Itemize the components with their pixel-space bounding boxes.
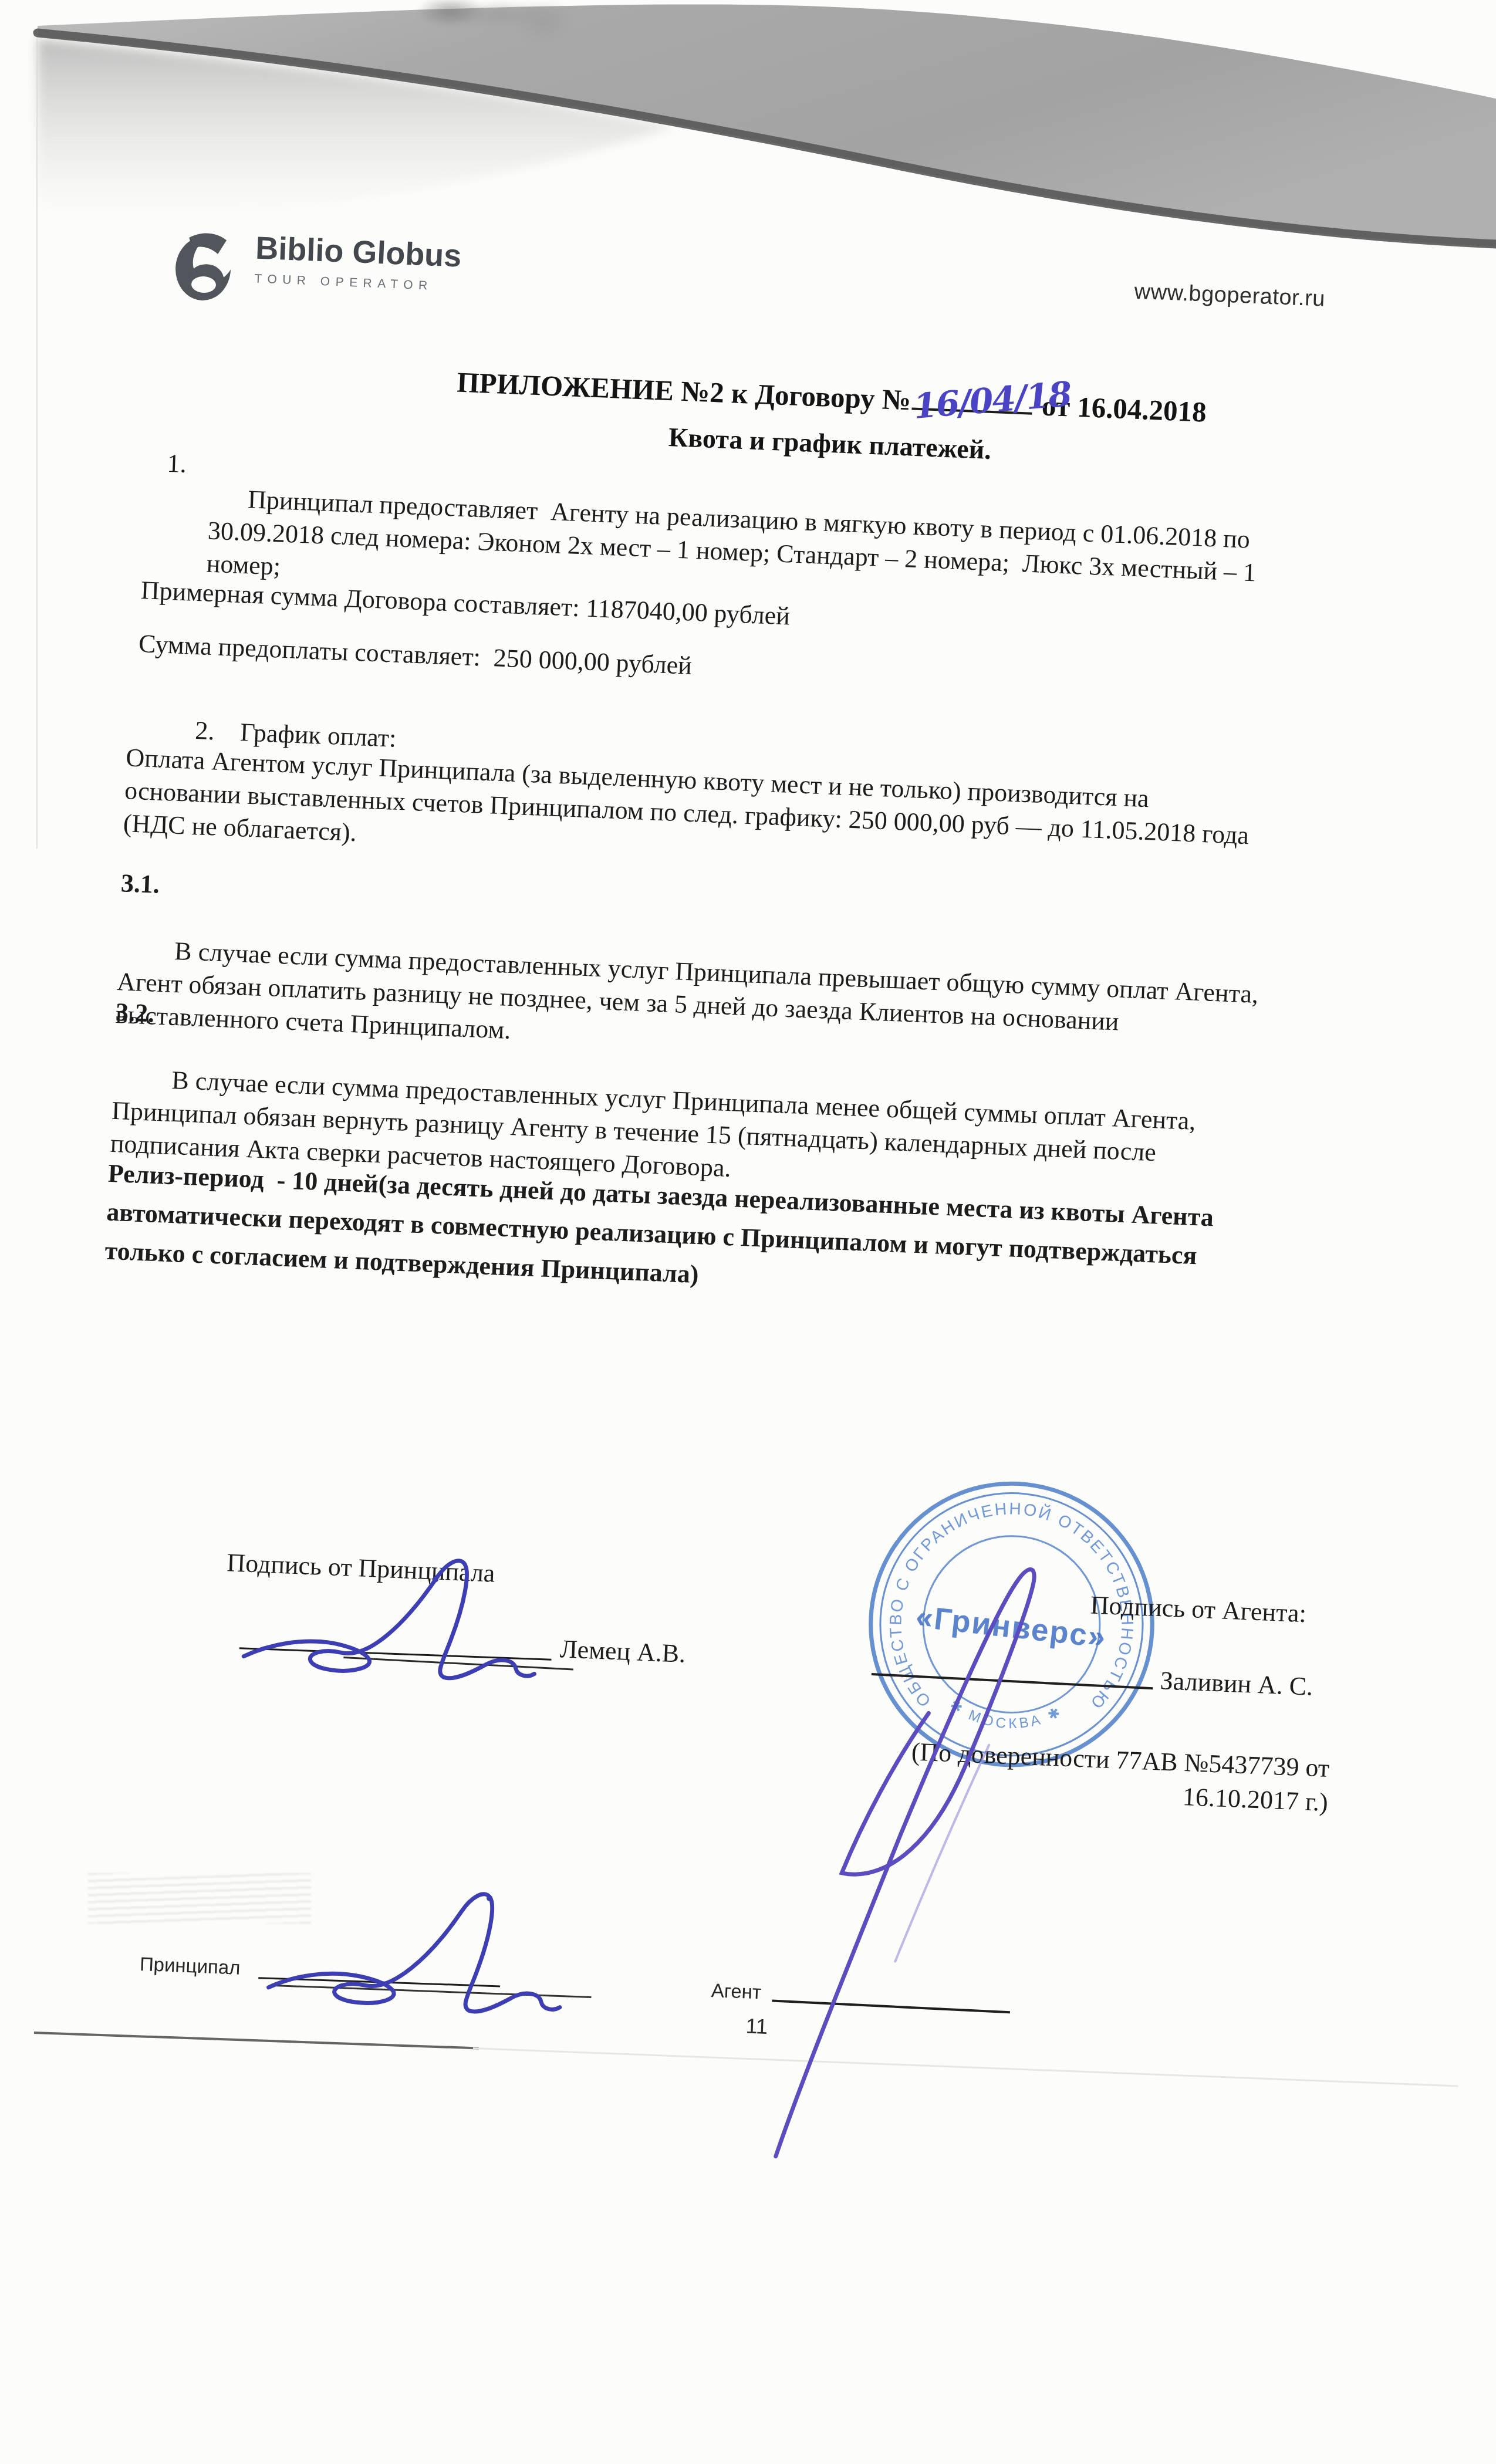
- clause-2-number: 2.: [195, 716, 215, 745]
- biblio-globus-logo: Biblio Globus TOUR OPERATOR: [168, 227, 462, 326]
- prepayment-sum-line: Сумма предоплаты составляет: 250 000,00 …: [138, 627, 693, 682]
- clause-3-2-number: 3.2.: [115, 996, 155, 1030]
- principal-signature-bottom: [234, 1856, 627, 2030]
- payment-schedule-paragraph: Оплата Агентом услуг Принципала (за выде…: [123, 741, 1251, 885]
- document-content: Biblio Globus TOUR OPERATOR www.bgoperat…: [0, 4, 1453, 2464]
- contract-number-blank: 16/04/18: [911, 375, 1033, 415]
- clause-1-text: Принципал предоставляет Агенту на реализ…: [206, 485, 1257, 587]
- scanned-document-page: Biblio Globus TOUR OPERATOR www.bgoperat…: [0, 0, 1496, 2464]
- clause-3-1-number: 3.1.: [120, 867, 160, 901]
- brand-tagline: TOUR OPERATOR: [254, 272, 461, 294]
- agent-signature: [766, 1526, 1062, 2193]
- brand-name: Biblio Globus: [255, 230, 462, 275]
- globus-logo-icon: [168, 227, 241, 317]
- clause-1-number: 1.: [167, 447, 187, 481]
- bottom-agent-label: Агент: [711, 1979, 761, 2003]
- principal-signature: [213, 1515, 642, 1708]
- website-url: www.bgoperator.ru: [1134, 279, 1326, 312]
- title-prefix: ПРИЛОЖЕНИЕ №2 к Договору №: [457, 366, 912, 416]
- bottom-principal-label: Принципал: [139, 1953, 241, 1979]
- page-number: 11: [745, 2013, 768, 2039]
- agent-name: Заливин А. С.: [1160, 1665, 1313, 1701]
- logo-text: Biblio Globus TOUR OPERATOR: [254, 230, 462, 295]
